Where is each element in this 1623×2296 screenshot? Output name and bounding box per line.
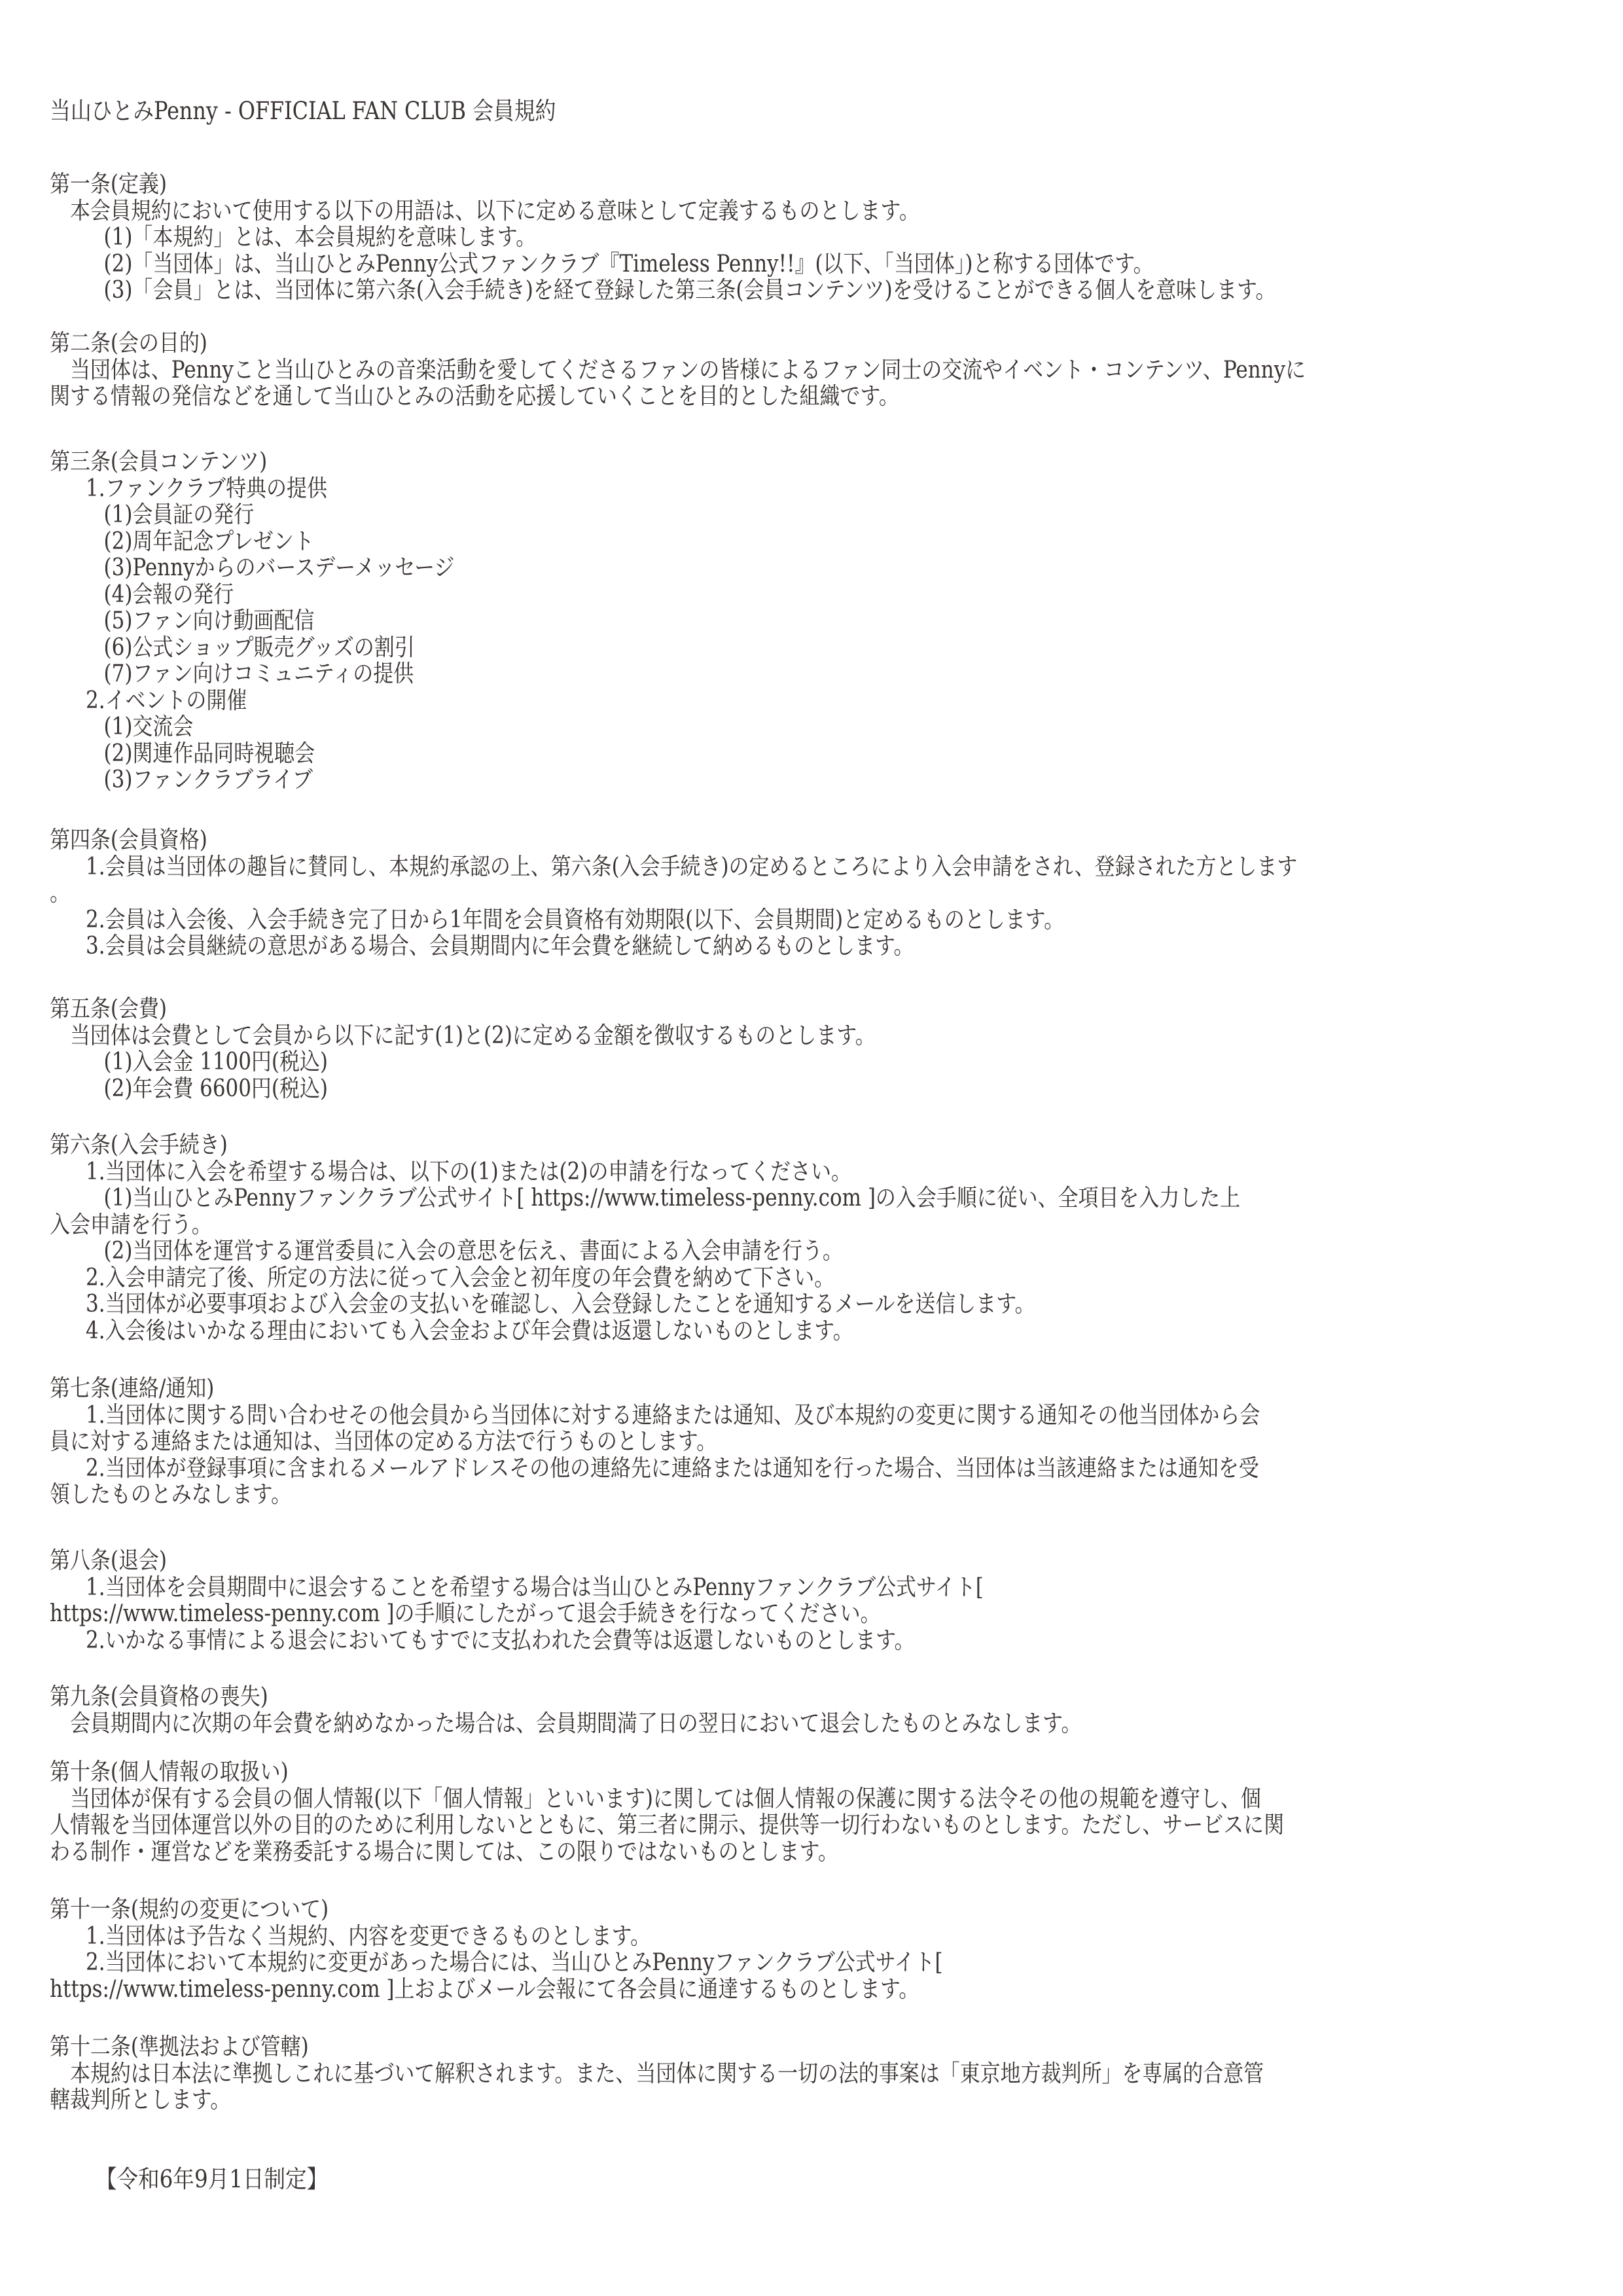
article-5-fees: 第五条(会費) 当団体は会費として会員から以下に記す(1)と(2)に定める金額を… [50, 996, 1580, 1102]
article-heading: 第七条(連絡/通知) [50, 1376, 1580, 1403]
article-text: わる制作・運営などを業務委託する場合に関しては、この限りではないものとします。 [50, 1839, 1580, 1866]
article-2-purpose: 第二条(会の目的) 当団体は、Pennyこと当山ひとみの音楽活動を愛してくださる… [50, 331, 1580, 410]
article-heading: 第六条(入会手続き) [50, 1132, 1580, 1159]
article-heading: 第十条(個人情報の取扱い) [50, 1759, 1580, 1786]
article-item: 1.当団体に関する問い合わせその他会員から当団体に対する連絡または通知、及び本規… [50, 1403, 1580, 1429]
article-heading: 第四条(会員資格) [50, 827, 1580, 854]
fee-item: (1)入会金 1100円(税込) [50, 1049, 1580, 1076]
article-heading: 第一条(定義) [50, 171, 1580, 198]
article-item: (2)「当団体」は、当山ひとみPenny公式ファンクラブ『Timeless Pe… [50, 251, 1580, 278]
fee-item: (2)年会費 6600円(税込) [50, 1076, 1580, 1103]
article-subitem: (6)公式ショップ販売グッズの割引 [50, 635, 1580, 662]
article-subitem: (2)周年記念プレゼント [50, 529, 1580, 556]
article-text: 本規約は日本法に準拠しこれに基づいて解釈されます。また、当団体に関する一切の法的… [50, 2061, 1580, 2088]
article-item: 2.当団体が登録事項に含まれるメールアドレスその他の連絡先に連絡または通知を行っ… [50, 1456, 1580, 1482]
article-8-withdrawal: 第八条(退会) 1.当団体を会員期間中に退会することを希望する場合は当山ひとみP… [50, 1548, 1580, 1654]
article-text: https://www.timeless-penny.com ]の手順にしたがっ… [50, 1601, 1580, 1628]
article-subitem: (5)ファン向け動画配信 [50, 608, 1580, 635]
article-text: 本会員規約において使用する以下の用語は、以下に定める意味として定義するものとしま… [50, 198, 1580, 225]
article-9-loss-of-membership: 第九条(会員資格の喪失) 会員期間内に次期の年会費を納めなかった場合は、会員期間… [50, 1684, 1580, 1737]
article-4-membership-qualification: 第四条(会員資格) 1.会員は当団体の趣旨に賛同し、本規約承認の上、第六条(入会… [50, 827, 1580, 960]
article-text: 会員期間内に次期の年会費を納めなかった場合は、会員期間満了日の翌日において退会し… [50, 1711, 1580, 1738]
article-item: 1.当団体に入会を希望する場合は、以下の(1)または(2)の申請を行なってくださ… [50, 1159, 1580, 1186]
article-subitem: (1)交流会 [50, 714, 1580, 741]
article-heading: 第二条(会の目的) [50, 331, 1580, 357]
article-heading: 第八条(退会) [50, 1548, 1580, 1575]
article-subitem: (1)会員証の発行 [50, 502, 1580, 529]
article-item: (3)「会員」とは、当団体に第六条(入会手続き)を経て登録した第三条(会員コンテ… [50, 278, 1580, 304]
article-item: (1)「本規約」とは、本会員規約を意味します。 [50, 224, 1580, 251]
article-text: https://www.timeless-penny.com ]上およびメール会… [50, 1977, 1580, 2003]
document-title: 当山ひとみPenny - OFFICIAL FAN CLUB 会員規約 [50, 97, 556, 126]
article-text: 。 [50, 880, 1580, 907]
article-11-terms-changes: 第十一条(規約の変更について) 1.当団体は予告なく当規約、内容を変更できるもの… [50, 1897, 1580, 2003]
article-item: 1.ファンクラブ特典の提供 [50, 476, 1580, 503]
article-item: 4.入会後はいかなる理由においても入会金および年会費は返還しないものとします。 [50, 1318, 1580, 1345]
article-subitem: (4)会報の発行 [50, 582, 1580, 609]
article-text: 員に対する連絡または通知は、当団体の定める方法で行うものとします。 [50, 1429, 1580, 1456]
article-heading: 第九条(会員資格の喪失) [50, 1684, 1580, 1711]
article-6-enrollment: 第六条(入会手続き) 1.当団体に入会を希望する場合は、以下の(1)または(2)… [50, 1132, 1580, 1344]
article-heading: 第五条(会費) [50, 996, 1580, 1023]
article-text: 当団体は、Pennyこと当山ひとみの音楽活動を愛してくださるファンの皆様によるフ… [50, 357, 1580, 384]
article-12-governing-law: 第十二条(準拠法および管轄) 本規約は日本法に準拠しこれに基づいて解釈されます。… [50, 2034, 1580, 2114]
article-item: 2.イベントの開催 [50, 688, 1580, 715]
article-text: 領したものとみなします。 [50, 1482, 1580, 1509]
article-subitem: (2)関連作品同時視聴会 [50, 741, 1580, 768]
article-3-member-contents: 第三条(会員コンテンツ) 1.ファンクラブ特典の提供 (1)会員証の発行 (2)… [50, 449, 1580, 794]
article-text: 関する情報の発信などを通して当山ひとみの活動を応援していくことを目的とした組織で… [50, 384, 1580, 410]
article-text: 当団体は会費として会員から以下に記す(1)と(2)に定める金額を徴収するものとし… [50, 1023, 1580, 1050]
article-item: 1.当団体は予告なく当規約、内容を変更できるものとします。 [50, 1924, 1580, 1950]
article-1-definitions: 第一条(定義) 本会員規約において使用する以下の用語は、以下に定める意味として定… [50, 171, 1580, 304]
article-7-contact-notice: 第七条(連絡/通知) 1.当団体に関する問い合わせその他会員から当団体に対する連… [50, 1376, 1580, 1509]
article-item: 2.いかなる事情による退会においてもすでに支払われた会費等は返還しないものとしま… [50, 1628, 1580, 1655]
article-text: 人情報を当団体運営以外の目的のために利用しないとともに、第三者に開示、提供等一切… [50, 1812, 1580, 1839]
article-item: 3.会員は会員継続の意思がある場合、会員期間内に年会費を継続して納めるものとしま… [50, 933, 1580, 960]
article-subitem: (3)Pennyからのバースデーメッセージ [50, 555, 1580, 582]
article-text: 轄裁判所とします。 [50, 2087, 1580, 2114]
article-item: 2.入会申請完了後、所定の方法に従って入会金と初年度の年会費を納めて下さい。 [50, 1265, 1580, 1292]
article-heading: 第三条(会員コンテンツ) [50, 449, 1580, 476]
article-item: 2.当団体において本規約に変更があった場合には、当山ひとみPennyファンクラブ… [50, 1950, 1580, 1977]
article-heading: 第十二条(準拠法および管轄) [50, 2034, 1580, 2061]
article-item: 3.当団体が必要事項および入会金の支払いを確認し、入会登録したことを通知するメー… [50, 1291, 1580, 1318]
enactment-date: 【令和6年9月1日制定】 [96, 2165, 328, 2194]
article-text: 入会申請を行う。 [50, 1212, 1580, 1239]
article-text: 当団体が保有する会員の個人情報(以下「個人情報」といいます)に関しては個人情報の… [50, 1786, 1580, 1813]
article-heading: 第十一条(規約の変更について) [50, 1897, 1580, 1924]
article-subitem: (2)当団体を運営する運営委員に入会の意思を伝え、書面による入会申請を行う。 [50, 1238, 1580, 1265]
article-subitem: (3)ファンクラブライブ [50, 767, 1580, 794]
article-item: 1.会員は当団体の趣旨に賛同し、本規約承認の上、第六条(入会手続き)の定めるとこ… [50, 854, 1580, 881]
article-10-personal-information: 第十条(個人情報の取扱い) 当団体が保有する会員の個人情報(以下「個人情報」とい… [50, 1759, 1580, 1865]
article-item: 1.当団体を会員期間中に退会することを希望する場合は当山ひとみPennyファンク… [50, 1575, 1580, 1602]
article-item: 2.会員は入会後、入会手続き完了日から1年間を会員資格有効期限(以下、会員期間)… [50, 907, 1580, 934]
article-subitem: (1)当山ひとみPennyファンクラブ公式サイト[ https://www.ti… [50, 1185, 1580, 1212]
article-subitem: (7)ファン向けコミュニティの提供 [50, 661, 1580, 688]
